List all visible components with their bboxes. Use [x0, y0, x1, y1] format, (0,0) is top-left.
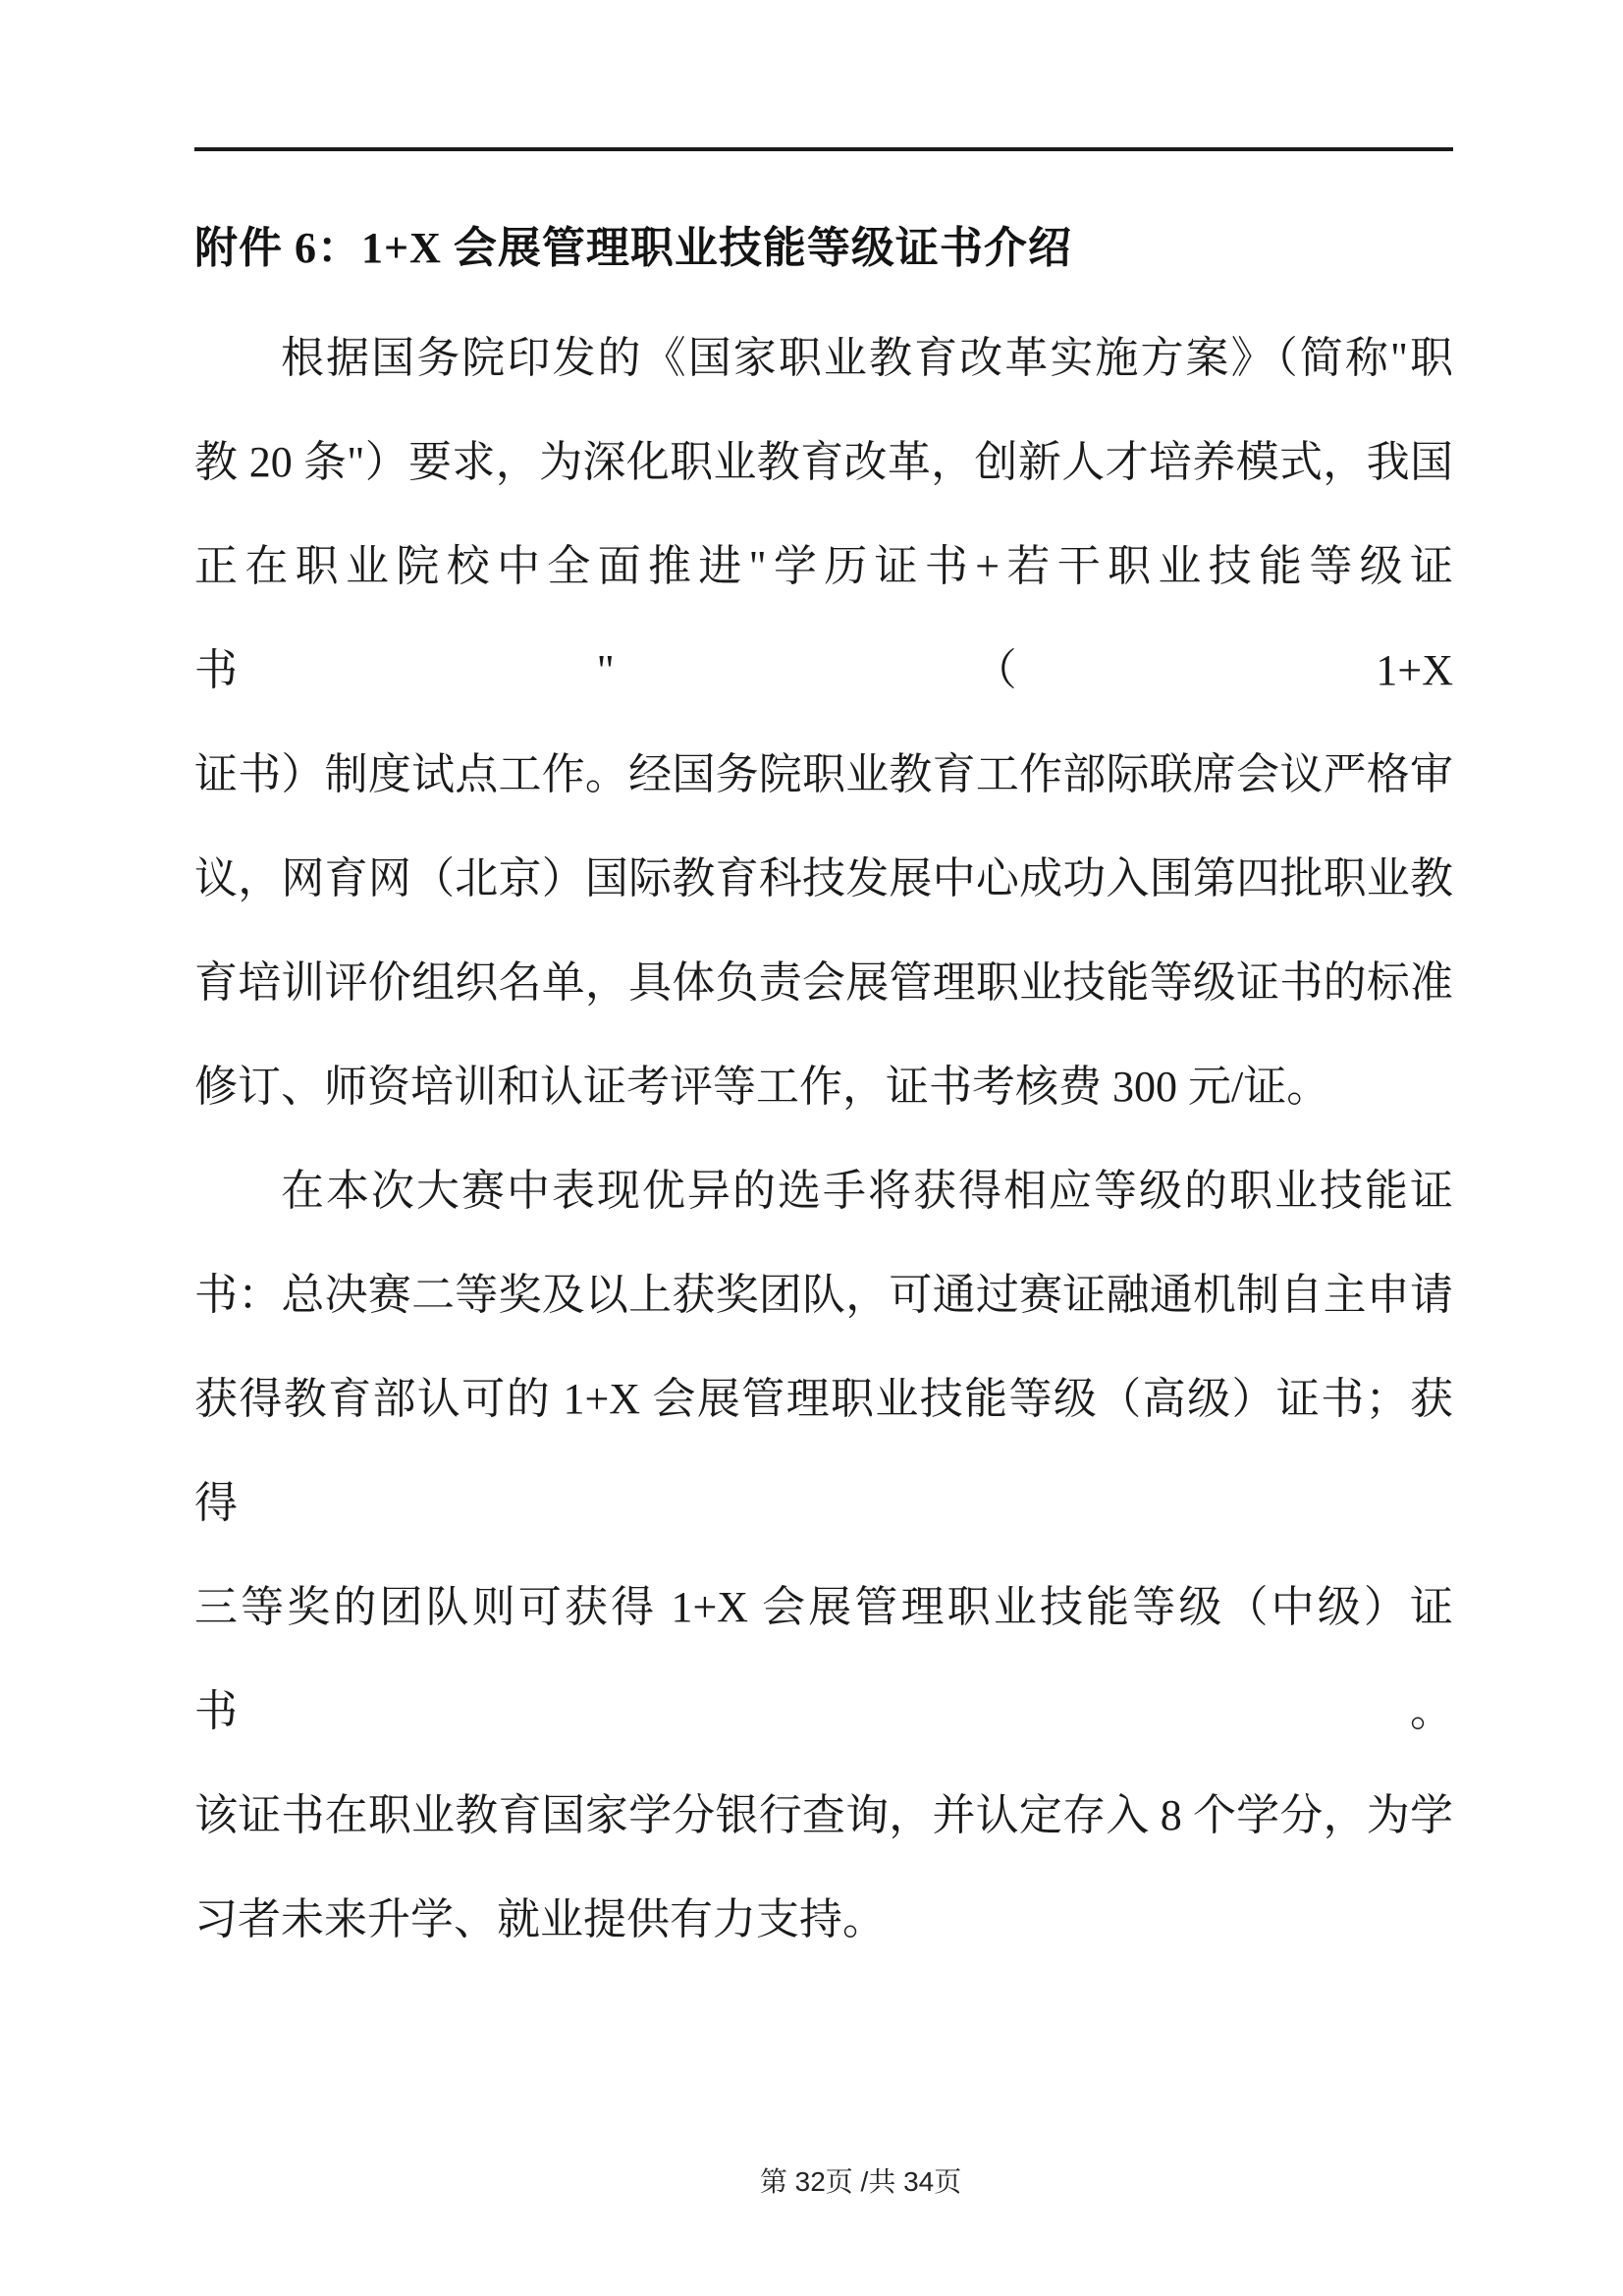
document-page: 附件 6：1+X 会展管理职业技能等级证书介绍 根据国务院印发的《国家职业教育改…	[0, 0, 1623, 2296]
paragraph2-line: 三等奖的团队则可获得 1+X 会展管理职业技能等级（中级）证书。	[194, 1556, 1453, 1764]
paragraph2-line: 书：总决赛二等奖及以上获奖团队，可通过赛证融通机制自主申请	[194, 1243, 1453, 1347]
paragraph2-line: 该证书在职业教育国家学分银行查询，并认定存入 8 个学分，为学	[194, 1764, 1453, 1868]
paragraph1-line: 修订、师资培训和认证考评等工作，证书考核费 300 元/证。	[194, 1035, 1453, 1139]
paragraph2-line: 获得教育部认可的 1+X 会展管理职业技能等级（高级）证书；获得	[194, 1347, 1453, 1556]
paragraph1-line: 证书）制度试点工作。经国务院职业教育工作部际联席会议严格审	[194, 723, 1453, 827]
paragraph1-line: 议，网育网（北京）国际教育科技发展中心成功入围第四批职业教	[194, 827, 1453, 931]
paragraph2-line: 习者未来升学、就业提供有力支持。	[194, 1868, 1453, 1972]
page-number-text: 第 32页 /共 34页	[760, 2166, 961, 2197]
header-rule	[194, 147, 1453, 151]
paragraph1-line: 正在职业院校中全面推进"学历证书+若干职业技能等级证书"（1+X	[194, 515, 1453, 723]
paragraph1-line: 教 20 条"）要求，为深化职业教育改革，创新人才培养模式，我国	[194, 410, 1453, 515]
document-body: 根据国务院印发的《国家职业教育改革实施方案》（简称"职 教 20 条"）要求，为…	[194, 306, 1453, 1972]
paragraph2-line: 在本次大赛中表现优异的选手将获得相应等级的职业技能证	[194, 1139, 1453, 1243]
attachment-heading: 附件 6：1+X 会展管理职业技能等级证书介绍	[194, 223, 1453, 274]
page-footer: 第 32页 /共 34页	[216, 2123, 1475, 2241]
paragraph1-line: 根据国务院印发的《国家职业教育改革实施方案》（简称"职	[194, 306, 1453, 410]
paragraph1-line: 育培训评价组织名单，具体负责会展管理职业技能等级证书的标准	[194, 931, 1453, 1035]
